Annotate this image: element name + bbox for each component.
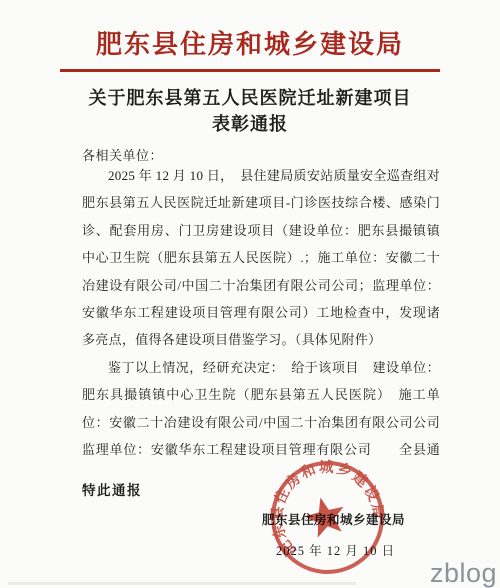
document-body: 2025 年 12 月 10 日， 县住建局质安站质量安全巡查组对肥东县第五人民…	[82, 162, 440, 464]
watermark: zblog	[430, 558, 497, 588]
document-title: 关于肥东县第五人民医院迁址新建项目 表彰通报	[40, 85, 460, 137]
closing-phrase: 特此通报	[82, 479, 142, 499]
body-paragraph-1: 2025 年 12 月 10 日， 县住建局质安站质量安全巡查组对肥东县第五人民…	[82, 162, 440, 354]
seal-star-icon	[301, 493, 349, 540]
bottom-edge-artifact	[8, 582, 356, 585]
body-paragraph-2: 鉴丁以上情况，经研充决定： 给于该项目 建设单位：肥东具撮镇镇中心卫生院（肥东县…	[82, 354, 440, 464]
document-title-line-1: 关于肥东县第五人民医院迁址新建项目	[40, 85, 460, 111]
agency-header: 肥东县住房和城乡建设局	[20, 28, 480, 62]
header-divider	[60, 69, 440, 72]
document-title-line-2: 表彰通报	[40, 111, 460, 137]
official-seal: 肥东县住房和城乡建设局	[267, 457, 388, 578]
document-page: 肥东县住房和城乡建设局 关于肥东县第五人民医院迁址新建项目 表彰通报 各相关单位…	[0, 0, 500, 588]
